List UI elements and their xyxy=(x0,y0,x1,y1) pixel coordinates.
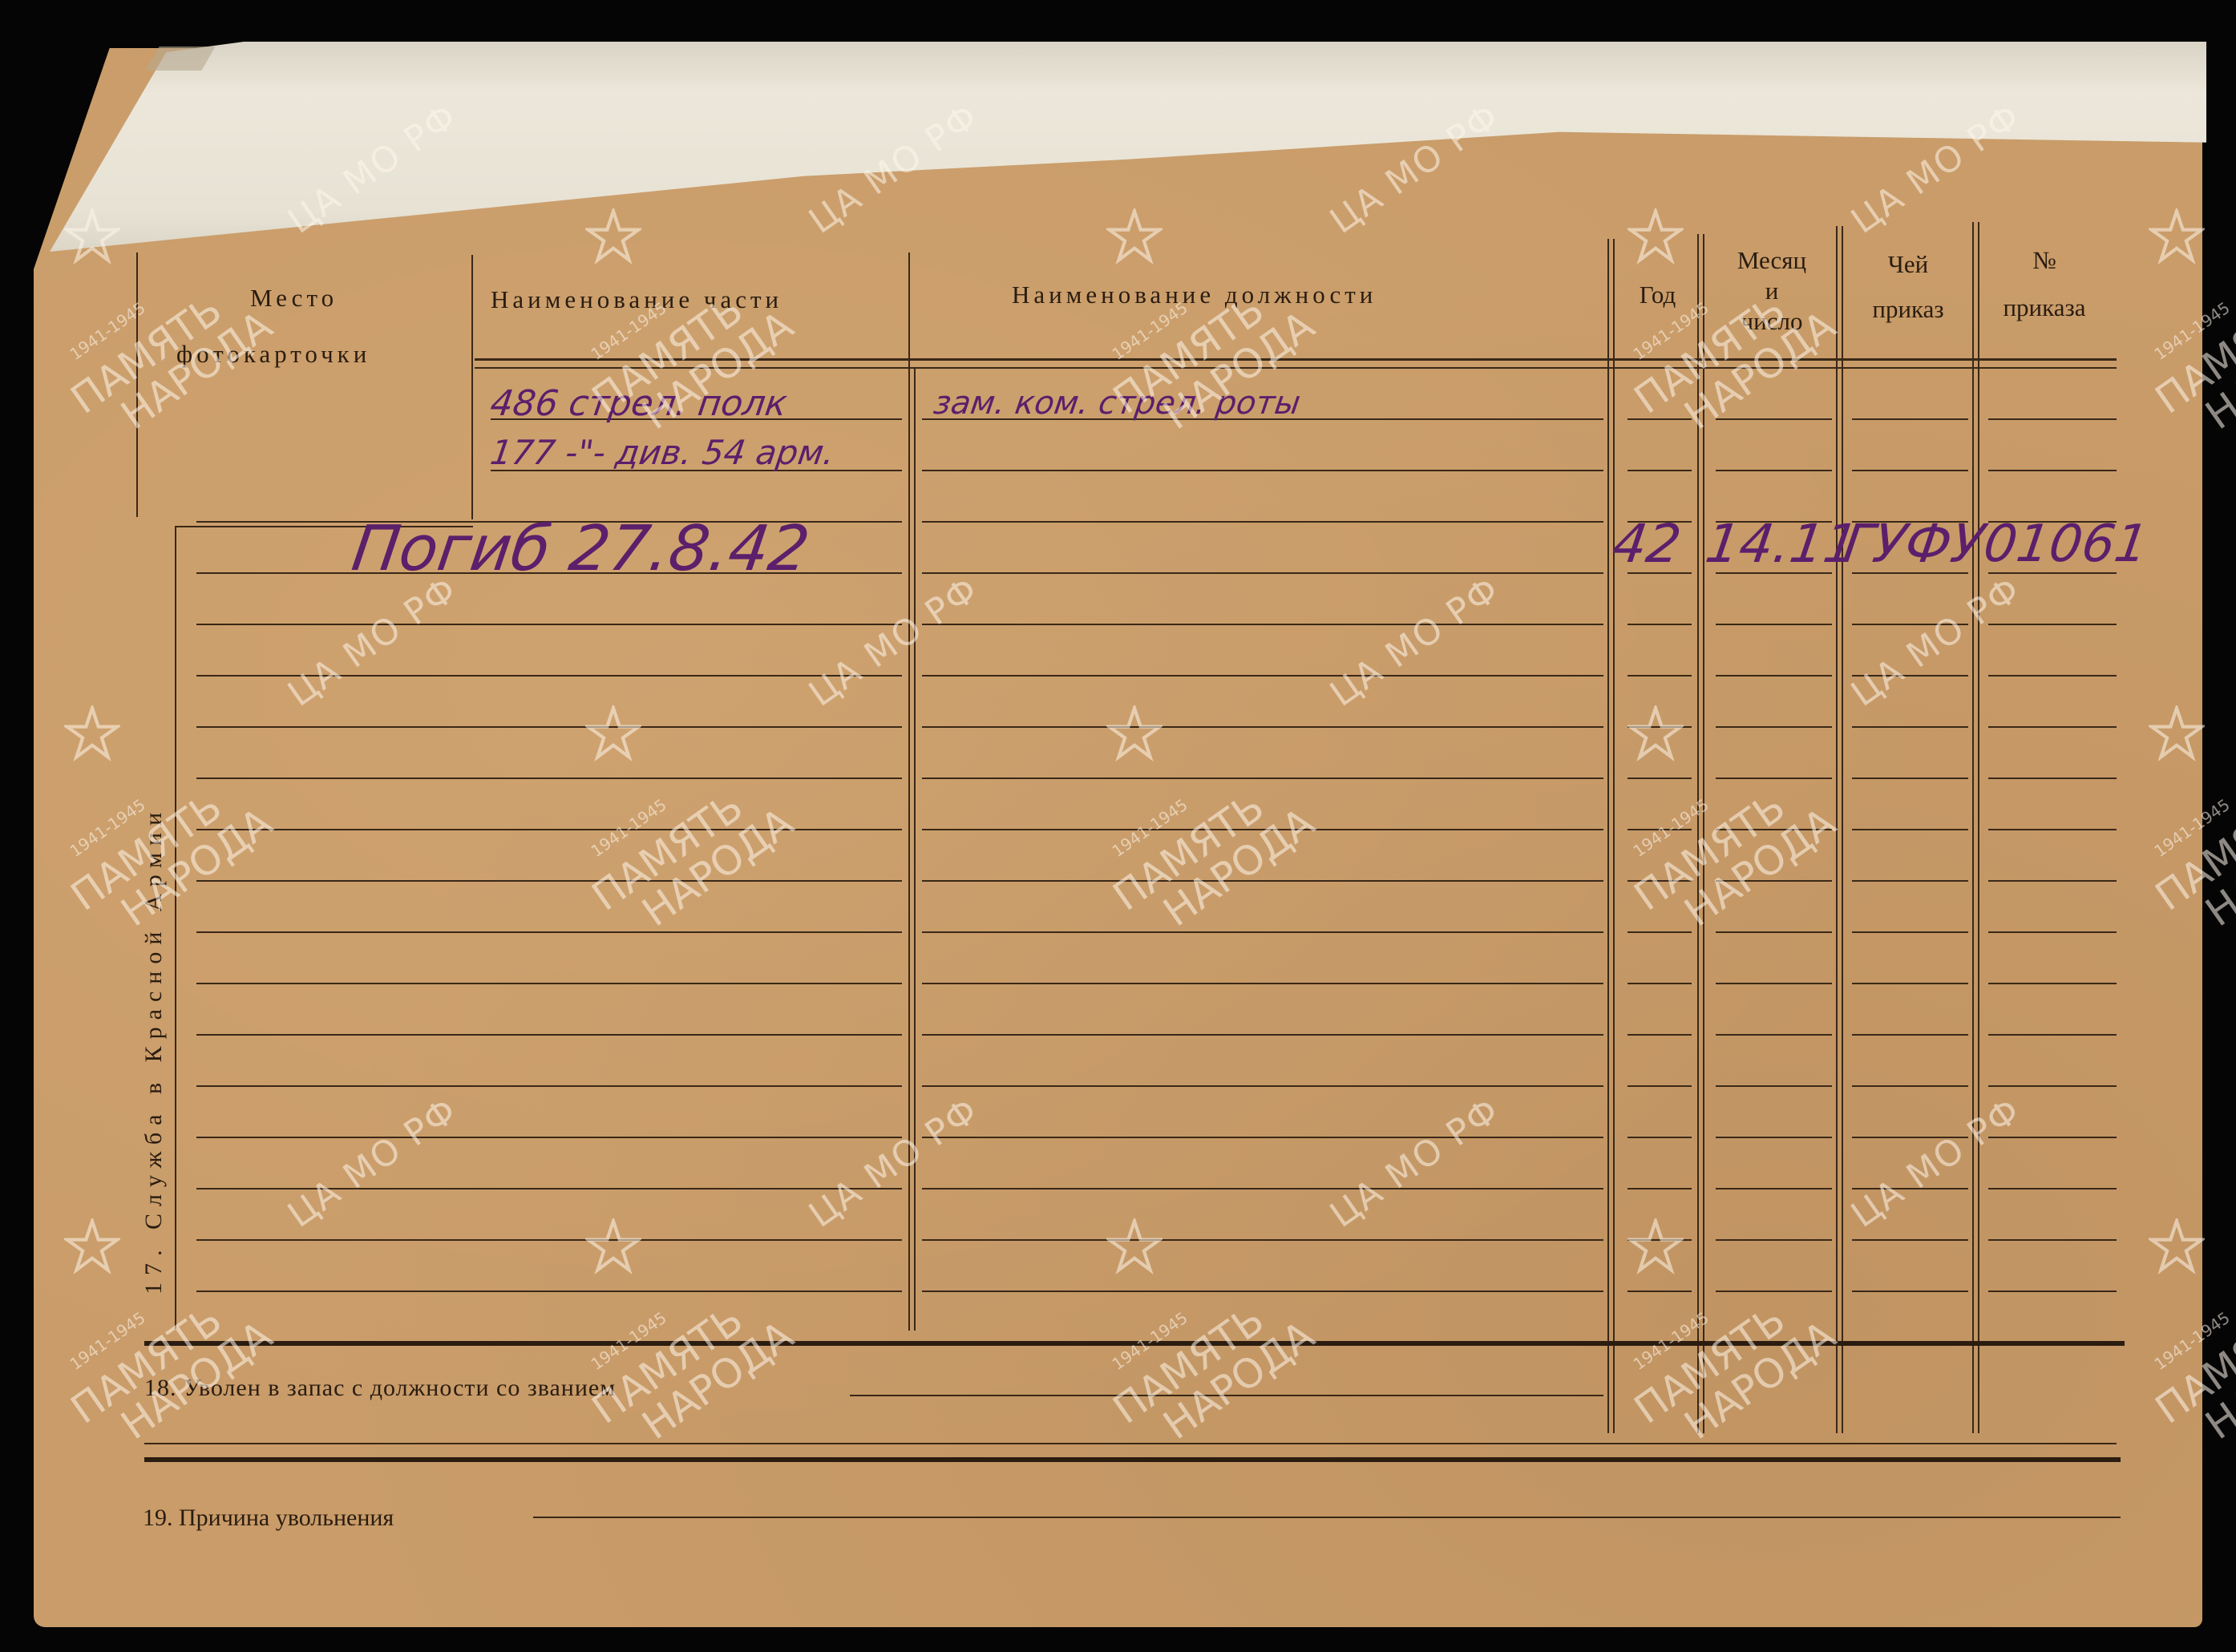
ruled-line xyxy=(1988,778,2117,779)
section18-bottom-rule xyxy=(144,1457,2121,1462)
ruled-line xyxy=(1716,1034,1832,1036)
ruled-line xyxy=(1988,675,2117,677)
ruled-line xyxy=(1627,418,1692,420)
ruled-line xyxy=(1716,418,1832,420)
header-bottom-rule-2 xyxy=(475,367,2117,369)
ruled-line xyxy=(1716,880,1832,882)
ruled-line xyxy=(1852,1239,1968,1241)
ruled-line xyxy=(922,1290,1603,1292)
ruled-line xyxy=(196,624,902,625)
ruled-line xyxy=(1852,880,1968,882)
ruled-line xyxy=(196,675,902,677)
ruled-line xyxy=(1716,470,1832,471)
month-col-left-border xyxy=(1697,234,1699,1433)
orderno-col-left-border-2 xyxy=(1978,222,1979,1433)
ruled-line xyxy=(1852,1188,1968,1190)
entry1-unit-line2: 177 -"- див. 54 арм. xyxy=(488,433,837,472)
ruled-line xyxy=(1716,1188,1832,1190)
orderno-col-left-border xyxy=(1972,222,1974,1433)
ruled-line xyxy=(1988,931,2117,933)
entry2-order-no: 01061 xyxy=(1980,515,2152,574)
header-month-day-line3: число xyxy=(1708,305,1836,337)
ruled-line xyxy=(1627,778,1692,779)
ruled-line xyxy=(922,1137,1603,1138)
ruled-line xyxy=(1627,675,1692,677)
entry2-note: Погиб 27.8.42 xyxy=(348,513,814,585)
ruled-line xyxy=(1852,726,1968,728)
header-bottom-rule xyxy=(475,358,2117,361)
ruled-line xyxy=(1716,675,1832,677)
ruled-line xyxy=(1852,675,1968,677)
ruled-line xyxy=(1852,1290,1968,1292)
ruled-line xyxy=(196,1239,902,1241)
header-position-name: Наименование должности xyxy=(1012,281,1377,309)
ruled-line xyxy=(1988,1239,2117,1241)
header-whose-order-line1: Чей xyxy=(1844,248,1972,281)
ruled-line xyxy=(1627,829,1692,830)
ruled-line xyxy=(1627,931,1692,933)
whose-col-left-border xyxy=(1836,226,1838,1433)
header-order-no-line2: приказа xyxy=(1980,292,2109,324)
ruled-line xyxy=(1627,726,1692,728)
ruled-line xyxy=(1988,1034,2117,1036)
ruled-line xyxy=(1988,829,2117,830)
section17-bottom-rule xyxy=(144,1341,2125,1346)
ruled-line xyxy=(1852,624,1968,625)
photo-col-left-border xyxy=(136,252,138,517)
ruled-line xyxy=(196,829,902,830)
ruled-line xyxy=(196,726,902,728)
ruled-line xyxy=(196,983,902,984)
ruled-line xyxy=(1716,778,1832,779)
ruled-line xyxy=(922,1188,1603,1190)
section18-field-line-2[interactable] xyxy=(144,1443,2117,1444)
ruled-line xyxy=(1627,880,1692,882)
ruled-line xyxy=(1716,1290,1832,1292)
ruled-line xyxy=(1627,1137,1692,1138)
ruled-line xyxy=(922,1085,1603,1087)
section19-field-line[interactable] xyxy=(533,1517,2121,1518)
ruled-line xyxy=(1988,418,2117,420)
ruled-line xyxy=(1852,470,1968,471)
section18-label: 18. Уволен в запас с должности со звание… xyxy=(144,1375,616,1402)
header-unit-name: Наименование части xyxy=(491,285,782,314)
ruled-line xyxy=(1716,829,1832,830)
ruled-line xyxy=(196,880,902,882)
unit-col-right-border-2 xyxy=(914,369,916,1331)
year-col-left-border xyxy=(1607,239,1609,1433)
ruled-line xyxy=(196,778,902,779)
header-year: Год xyxy=(1619,279,1696,311)
ruled-line xyxy=(1988,1085,2117,1087)
ruled-line xyxy=(196,1290,902,1292)
ruled-line xyxy=(1852,1137,1968,1138)
unit-col-right-border xyxy=(908,252,910,1331)
ruled-line xyxy=(922,572,1603,574)
ruled-line xyxy=(922,726,1603,728)
ruled-line xyxy=(1716,931,1832,933)
ruled-line xyxy=(1988,1188,2117,1190)
ruled-line xyxy=(196,1034,902,1036)
ruled-line xyxy=(1716,1085,1832,1087)
whose-col-left-border-2 xyxy=(1842,226,1843,1433)
photo-col-right-border xyxy=(471,255,473,519)
ruled-line xyxy=(922,931,1603,933)
month-col-left-border-2 xyxy=(1703,234,1704,1433)
ruled-line xyxy=(922,470,1603,471)
ruled-line xyxy=(922,880,1603,882)
ruled-line xyxy=(1988,470,2117,471)
header-photo-place-line1: Место xyxy=(250,284,338,313)
header-photo-place-line2: фотокарточки xyxy=(176,340,370,369)
section17-label: 17. Служба в Красной Армии xyxy=(140,806,168,1295)
ruled-line xyxy=(1627,470,1692,471)
section18-field-line[interactable] xyxy=(850,1395,1603,1396)
ruled-line xyxy=(1627,1188,1692,1190)
ruled-line xyxy=(196,931,902,933)
section17-left-border xyxy=(175,527,176,1329)
ruled-line xyxy=(1852,931,1968,933)
ruled-line xyxy=(1716,1239,1832,1241)
ruled-line xyxy=(922,778,1603,779)
ruled-line xyxy=(1852,983,1968,984)
ruled-line xyxy=(1988,624,2117,625)
ruled-line xyxy=(1716,1137,1832,1138)
ruled-line xyxy=(1627,1239,1692,1241)
ruled-line xyxy=(196,1085,902,1087)
entry1-unit-line1: 486 стрел. полк xyxy=(487,383,789,424)
ruled-line xyxy=(1716,726,1832,728)
header-month-day-line2: и xyxy=(1708,275,1836,307)
ruled-line xyxy=(1852,1034,1968,1036)
ruled-line xyxy=(1716,624,1832,625)
entry1-position: зам. ком. стрел. роты xyxy=(932,385,1303,422)
ruled-line xyxy=(1852,778,1968,779)
ruled-line xyxy=(1627,1290,1692,1292)
ruled-line xyxy=(196,1137,902,1138)
entry2-year: 42 xyxy=(1609,513,1685,575)
ruled-line xyxy=(922,983,1603,984)
ruled-line xyxy=(922,624,1603,625)
ruled-line xyxy=(922,1239,1603,1241)
ruled-line xyxy=(1627,1034,1692,1036)
ruled-line xyxy=(1988,726,2117,728)
ruled-line xyxy=(196,1188,902,1190)
ruled-line xyxy=(922,829,1603,830)
header-whose-order-line2: приказ xyxy=(1844,293,1972,325)
ruled-line xyxy=(922,1034,1603,1036)
ruled-line xyxy=(1988,880,2117,882)
ruled-line xyxy=(1716,983,1832,984)
ruled-line xyxy=(922,521,1603,523)
ruled-line xyxy=(1852,418,1968,420)
ruled-line xyxy=(1627,624,1692,625)
ruled-line xyxy=(1852,1085,1968,1087)
ruled-line xyxy=(1627,983,1692,984)
entry2-whose-order: ГУФУ xyxy=(1840,513,1988,575)
year-col-left-border-2 xyxy=(1613,239,1615,1433)
ruled-line xyxy=(1988,983,2117,984)
header-month-day-line1: Месяц xyxy=(1708,244,1836,277)
entry2-month-day: 14.11 xyxy=(1702,513,1862,575)
ruled-line xyxy=(1988,1137,2117,1138)
ruled-line xyxy=(1852,829,1968,830)
ruled-line xyxy=(1988,1290,2117,1292)
header-order-no-line1: № xyxy=(1980,244,2109,277)
ruled-line xyxy=(1627,1085,1692,1087)
ruled-line xyxy=(922,675,1603,677)
section19-label: 19. Причина увольнения xyxy=(143,1505,394,1532)
